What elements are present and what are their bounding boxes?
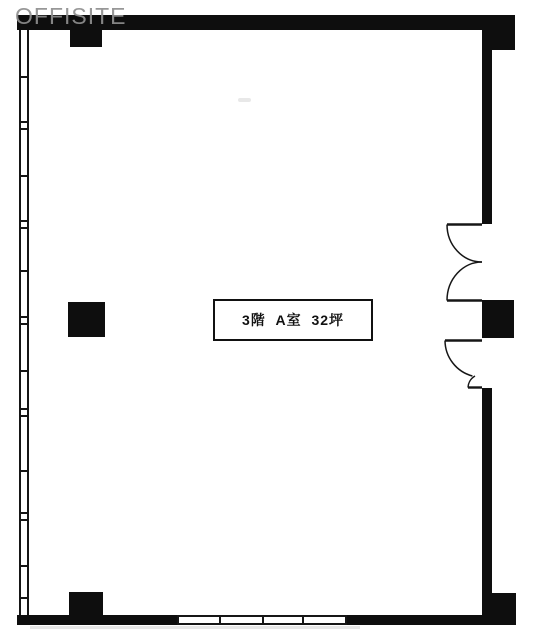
window-mullion bbox=[177, 617, 179, 623]
room-label-box: 3階 A室 32坪 bbox=[213, 299, 373, 341]
window-mullion bbox=[345, 617, 347, 623]
window-mullion bbox=[262, 617, 264, 623]
double-door-top-arc bbox=[447, 225, 482, 263]
bottom-window bbox=[177, 615, 347, 625]
window-mullion bbox=[302, 617, 304, 623]
double-door-bottom-arc bbox=[447, 262, 482, 301]
window-mullion bbox=[219, 617, 221, 623]
entry-door-arc bbox=[445, 341, 472, 377]
entry-door-small-arc bbox=[468, 376, 475, 388]
room-label-text: 3階 A室 32坪 bbox=[242, 310, 344, 330]
watermark-text: OFFISITE bbox=[15, 5, 127, 28]
floorplan-canvas: 3階 A室 32坪 OFFISITE bbox=[0, 0, 542, 640]
